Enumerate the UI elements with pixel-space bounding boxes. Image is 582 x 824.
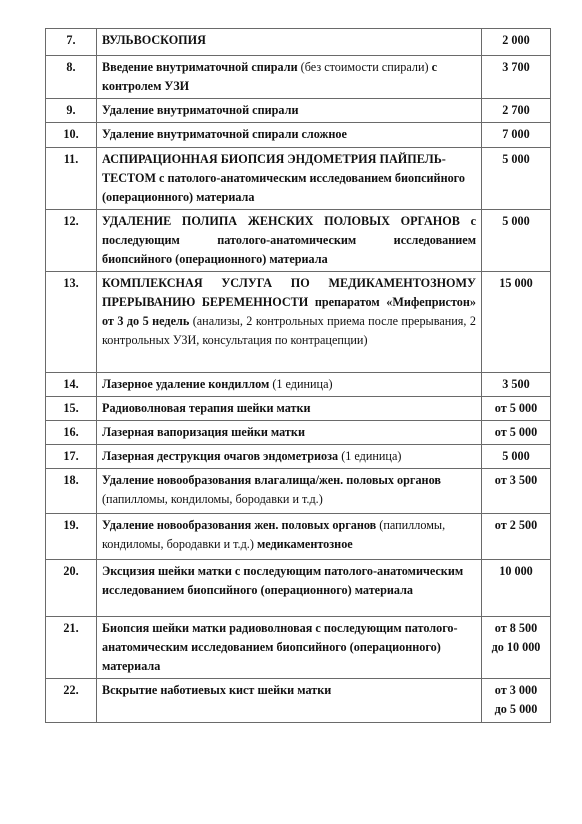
- service-name-note-text: (1 единица): [341, 449, 401, 463]
- service-name: Вскрытие наботиевых кист шейки матки: [97, 679, 482, 723]
- price-value: 2 000: [487, 31, 545, 50]
- service-price: 15 000: [482, 272, 551, 373]
- service-name-bold-text: медикаментозное: [257, 537, 353, 551]
- service-name-note-text: (1 единица): [272, 377, 332, 391]
- service-name: АСПИРАЦИОННАЯ БИОПСИЯ ЭНДОМЕТРИЯ ПАЙПЕЛЬ…: [97, 148, 482, 210]
- price-list-table: 7.ВУЛЬВОСКОПИЯ2 0008.Введение внутримато…: [45, 28, 551, 723]
- price-value: 7 000: [487, 125, 545, 144]
- table-row: 7.ВУЛЬВОСКОПИЯ2 000: [46, 29, 551, 56]
- service-price: 2 700: [482, 99, 551, 123]
- table-row: 19.Удаление новообразования жен. половых…: [46, 514, 551, 560]
- price-value: от 5 000: [487, 423, 545, 442]
- service-name: Радиоволновая терапия шейки матки: [97, 397, 482, 421]
- row-number: 9.: [46, 99, 97, 123]
- service-name: Введение внутриматочной спирали (без сто…: [97, 56, 482, 99]
- service-price: от 8 500до 10 000: [482, 617, 551, 679]
- table-row: 15.Радиоволновая терапия шейки маткиот 5…: [46, 397, 551, 421]
- service-name-bold-text: УДАЛЕНИЕ ПОЛИПА ЖЕНСКИХ ПОЛОВЫХ ОРГАНОВ …: [102, 214, 476, 266]
- service-name-bold-text: Лазерная деструкция очагов эндометриоза: [102, 449, 341, 463]
- service-name-note-text: (папилломы, кондиломы, бородавки и т.д.): [102, 492, 323, 506]
- service-price: 7 000: [482, 123, 551, 148]
- table-row: 10.Удаление внутриматочной спирали сложн…: [46, 123, 551, 148]
- row-number: 10.: [46, 123, 97, 148]
- service-price: от 2 500: [482, 514, 551, 560]
- service-name-bold-text: Введение внутриматочной спирали: [102, 60, 301, 74]
- price-value: 5 000: [487, 212, 545, 231]
- row-number: 12.: [46, 210, 97, 272]
- price-value: от 5 000: [487, 399, 545, 418]
- table-row: 16.Лазерная вапоризация шейки маткиот 5 …: [46, 421, 551, 445]
- price-value: 2 700: [487, 101, 545, 120]
- table-row: 21.Биопсия шейки матки радиоволновая с п…: [46, 617, 551, 679]
- price-value: 10 000: [487, 562, 545, 581]
- price-value: до 5 000: [487, 700, 545, 719]
- service-name: КОМПЛЕКСНАЯ УСЛУГА ПО МЕДИКАМЕНТОЗНОМУ П…: [97, 272, 482, 373]
- service-name: Удаление новообразования жен. половых ор…: [97, 514, 482, 560]
- table-row: 18.Удаление новообразования влагалища/же…: [46, 469, 551, 514]
- price-value: 5 000: [487, 447, 545, 466]
- row-number: 13.: [46, 272, 97, 373]
- price-value: 3 700: [487, 58, 545, 77]
- service-name: Удаление внутриматочной спирали: [97, 99, 482, 123]
- table-row: 9.Удаление внутриматочной спирали2 700: [46, 99, 551, 123]
- service-name: Лазерная вапоризация шейки матки: [97, 421, 482, 445]
- table-row: 12.УДАЛЕНИЕ ПОЛИПА ЖЕНСКИХ ПОЛОВЫХ ОРГАН…: [46, 210, 551, 272]
- service-name-bold-text: Удаление новообразования жен. половых ор…: [102, 518, 379, 532]
- table-row: 14.Лазерное удаление кондиллом (1 единиц…: [46, 373, 551, 397]
- service-name: УДАЛЕНИЕ ПОЛИПА ЖЕНСКИХ ПОЛОВЫХ ОРГАНОВ …: [97, 210, 482, 272]
- price-value: 5 000: [487, 150, 545, 169]
- row-number: 11.: [46, 148, 97, 210]
- price-value: 15 000: [487, 274, 545, 293]
- service-price: 2 000: [482, 29, 551, 56]
- price-value: от 2 500: [487, 516, 545, 535]
- service-name: ВУЛЬВОСКОПИЯ: [97, 29, 482, 56]
- service-name: Удаление новообразования влагалища/жен. …: [97, 469, 482, 514]
- service-name-bold-text: Удаление новообразования влагалища/жен. …: [102, 473, 441, 487]
- table-row: 8.Введение внутриматочной спирали (без с…: [46, 56, 551, 99]
- service-name: Эксцизия шейки матки с последующим патол…: [97, 560, 482, 617]
- service-name-bold-text: Удаление внутриматочной спирали: [102, 103, 298, 117]
- service-price: 10 000: [482, 560, 551, 617]
- row-number: 18.: [46, 469, 97, 514]
- service-price: 5 000: [482, 445, 551, 469]
- row-number: 20.: [46, 560, 97, 617]
- document-page: 7.ВУЛЬВОСКОПИЯ2 0008.Введение внутримато…: [0, 0, 582, 824]
- service-name-bold-text: Лазерная вапоризация шейки матки: [102, 425, 305, 439]
- service-name-note-text: (без стоимости спирали): [301, 60, 432, 74]
- row-number: 15.: [46, 397, 97, 421]
- price-value: от 3 000: [487, 681, 545, 700]
- service-price: 5 000: [482, 210, 551, 272]
- table-row: 17.Лазерная деструкция очагов эндометрио…: [46, 445, 551, 469]
- service-name: Биопсия шейки матки радиоволновая с посл…: [97, 617, 482, 679]
- service-name: Удаление внутриматочной спирали сложное: [97, 123, 482, 148]
- price-value: 3 500: [487, 375, 545, 394]
- service-price: от 5 000: [482, 421, 551, 445]
- row-number: 16.: [46, 421, 97, 445]
- service-name-bold-text: Удаление внутриматочной спирали сложное: [102, 127, 347, 141]
- service-name-bold-text: Вскрытие наботиевых кист шейки матки: [102, 683, 331, 697]
- row-number: 14.: [46, 373, 97, 397]
- row-number: 8.: [46, 56, 97, 99]
- service-name-bold-text: Эксцизия шейки матки с последующим патол…: [102, 564, 463, 597]
- service-price: 3 700: [482, 56, 551, 99]
- table-row: 13.КОМПЛЕКСНАЯ УСЛУГА ПО МЕДИКАМЕНТОЗНОМ…: [46, 272, 551, 373]
- row-number: 17.: [46, 445, 97, 469]
- service-price: от 3 000до 5 000: [482, 679, 551, 723]
- row-number: 7.: [46, 29, 97, 56]
- service-name-bold-text: Биопсия шейки матки радиоволновая с посл…: [102, 621, 458, 673]
- service-name-bold-text: Лазерное удаление кондиллом: [102, 377, 272, 391]
- service-name: Лазерное удаление кондиллом (1 единица): [97, 373, 482, 397]
- table-row: 22.Вскрытие наботиевых кист шейки маткио…: [46, 679, 551, 723]
- row-number: 19.: [46, 514, 97, 560]
- service-name-bold-text: ВУЛЬВОСКОПИЯ: [102, 33, 206, 47]
- service-name-bold-text: АСПИРАЦИОННАЯ БИОПСИЯ ЭНДОМЕТРИЯ ПАЙПЕЛЬ…: [102, 152, 465, 204]
- service-price: от 3 500: [482, 469, 551, 514]
- price-list-body: 7.ВУЛЬВОСКОПИЯ2 0008.Введение внутримато…: [46, 29, 551, 723]
- service-name: Лазерная деструкция очагов эндометриоза …: [97, 445, 482, 469]
- service-price: 3 500: [482, 373, 551, 397]
- price-value: до 10 000: [487, 638, 545, 657]
- table-row: 11.АСПИРАЦИОННАЯ БИОПСИЯ ЭНДОМЕТРИЯ ПАЙП…: [46, 148, 551, 210]
- price-value: от 8 500: [487, 619, 545, 638]
- row-number: 21.: [46, 617, 97, 679]
- service-price: 5 000: [482, 148, 551, 210]
- row-number: 22.: [46, 679, 97, 723]
- table-row: 20.Эксцизия шейки матки с последующим па…: [46, 560, 551, 617]
- service-price: от 5 000: [482, 397, 551, 421]
- price-value: от 3 500: [487, 471, 545, 490]
- service-name-bold-text: Радиоволновая терапия шейки матки: [102, 401, 311, 415]
